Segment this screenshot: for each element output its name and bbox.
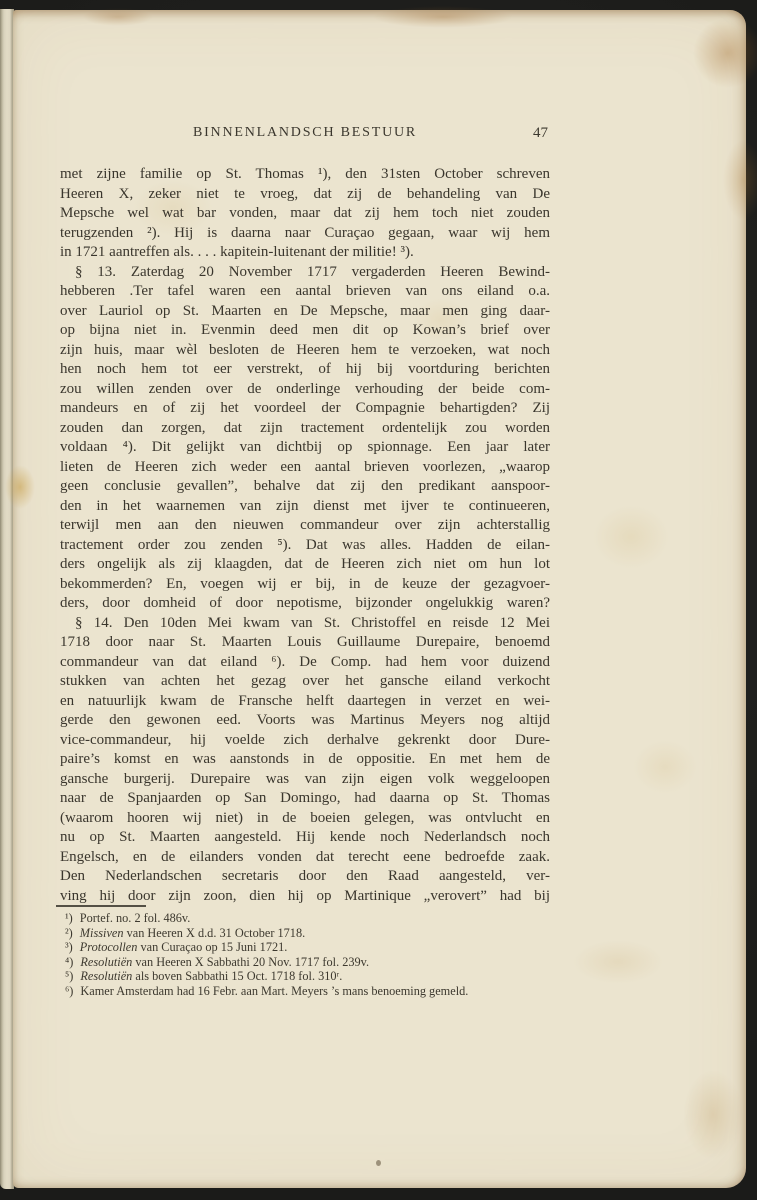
body-text: met zijne familie op St. Thomas ¹), den … bbox=[60, 165, 550, 906]
text-line: over Lauriol op St. Maarten en De Mepsch… bbox=[60, 302, 550, 322]
stain bbox=[723, 140, 757, 220]
text-line: § 14. Den 10den Mei kwam van St. Christo… bbox=[60, 614, 550, 634]
text-line: hen noch hem tot eer verstrekt, of hij b… bbox=[60, 360, 550, 380]
footnote-source-title: Resolutiën bbox=[80, 969, 132, 983]
text-line: paire’s komst en was aanstonds in de opp… bbox=[60, 750, 550, 770]
stain bbox=[683, 1070, 743, 1160]
text-line: ders ongelijk als zij klaagden, dat de H… bbox=[60, 555, 550, 575]
stain bbox=[693, 18, 757, 88]
page-header: BINNENLANDSCH BESTUUR 47 bbox=[60, 125, 550, 145]
text-line: (waarom hooren wij niet) in de boeien ge… bbox=[60, 809, 550, 829]
text-line: op bijna niet in. Evenmin deed men dit o… bbox=[60, 321, 550, 341]
text-line: tractement order zou zenden ⁵). Dat was … bbox=[60, 536, 550, 556]
text-line: in 1721 aantreffen als. . . . kapitein-l… bbox=[60, 243, 550, 263]
stain bbox=[633, 740, 697, 794]
text-line: voldaan ⁴). Dit gelijkt van dichtbij op … bbox=[60, 438, 550, 458]
footnote-source-title: Protocollen bbox=[80, 940, 138, 954]
text-line: zijn huis, maar wèl besloten de Heeren h… bbox=[60, 341, 550, 361]
text-line: Heeren X, zeker niet te vroeg, dat zij d… bbox=[60, 185, 550, 205]
text-line: den in het waarnemen van zijn dienst met… bbox=[60, 497, 550, 517]
text-line: hebberen .Ter tafel waren een aantal bri… bbox=[60, 282, 550, 302]
text-line: geen conclusie gevallen”, behalve dat zi… bbox=[60, 477, 550, 497]
footnote-marker: ³) bbox=[65, 940, 73, 954]
footnote-text: als boven Sabbathi 15 Oct. 1718 fol. 310… bbox=[132, 969, 342, 983]
footnote: ⁴)Resolutiën van Heeren X Sabbathi 20 No… bbox=[60, 955, 556, 970]
footnote: ¹)Portef. no. 2 fol. 486v. bbox=[60, 911, 556, 926]
text-line: 1718 door naar St. Maarten Louis Guillau… bbox=[60, 633, 550, 653]
text-line: terugzenden ²). Hij is daarna naar Curaç… bbox=[60, 224, 550, 244]
footnote-text: van Heeren X d.d. 31 October 1718. bbox=[124, 926, 306, 940]
text-line: Engelsch, en de eilanders vonden dat ter… bbox=[60, 848, 550, 868]
text-line: commandeur van dat eiland ⁶). De Comp. h… bbox=[60, 653, 550, 673]
footnote: ³)Protocollen van Curaçao op 15 Juni 172… bbox=[60, 940, 556, 955]
footnote-source-title: Missiven bbox=[80, 926, 124, 940]
footnote-separator bbox=[56, 905, 146, 907]
page-number: 47 bbox=[533, 125, 548, 142]
text-line: ders, door domheid of door nepotisme, bi… bbox=[60, 594, 550, 614]
speck bbox=[376, 1160, 381, 1166]
text-line: Den Nederlandschen secretaris door den R… bbox=[60, 867, 550, 887]
footnote-text: van Heeren X Sabbathi 20 Nov. 1717 fol. … bbox=[132, 955, 369, 969]
text-line: met zijne familie op St. Thomas ¹), den … bbox=[60, 165, 550, 185]
text-line: vice-commandeur, hij voelde zich derhalv… bbox=[60, 731, 550, 751]
text-line: Mepsche wel wat bar vonden, maar dat zij… bbox=[60, 204, 550, 224]
running-title: BINNENLANDSCH BESTUUR bbox=[60, 125, 550, 141]
footnote-marker: ¹) bbox=[65, 911, 73, 925]
text-line: terwijl men aan den nieuwen commandeur o… bbox=[60, 516, 550, 536]
text-line: en natuurlijk kwam de Fransche helft daa… bbox=[60, 692, 550, 712]
text-line: mandeurs en of zij het voordeel der Comp… bbox=[60, 399, 550, 419]
page-edge-strip bbox=[0, 9, 14, 1189]
stain bbox=[373, 6, 513, 28]
footnote-marker: ²) bbox=[65, 926, 73, 940]
text-line: gerde den gewonen eed. Voorts was Martin… bbox=[60, 711, 550, 731]
text-line: stukken van achten het gezag over het ga… bbox=[60, 672, 550, 692]
text-line: naar de Spanjaarden op San Domingo, had … bbox=[60, 789, 550, 809]
footnote-text: Portef. no. 2 fol. 486v. bbox=[80, 911, 191, 925]
text-line: bekommerden? En, voegen wij er bij, in d… bbox=[60, 575, 550, 595]
text-line: ving hij door zijn zoon, dien hij op Mar… bbox=[60, 887, 550, 907]
book-page: BINNENLANDSCH BESTUUR 47 met zijne famil… bbox=[13, 10, 746, 1188]
text-line: lieten de Heeren zich weder een aantal b… bbox=[60, 458, 550, 478]
footnote-marker: ⁴) bbox=[65, 955, 73, 969]
text-line: zou willen zenden over de onderlinge ver… bbox=[60, 380, 550, 400]
footnote: ⁵)Resolutiën als boven Sabbathi 15 Oct. … bbox=[60, 969, 556, 984]
footnote: ²)Missiven van Heeren X d.d. 31 October … bbox=[60, 926, 556, 941]
footnote-text: Kamer Amsterdam had 16 Febr. aan Mart. M… bbox=[80, 984, 468, 998]
text-line: zouden dan zorgen, dat zijn tractement o… bbox=[60, 419, 550, 439]
footnotes: ¹)Portef. no. 2 fol. 486v. ²)Missiven va… bbox=[60, 911, 556, 998]
stain bbox=[573, 940, 663, 984]
footnote-text: van Curaçao op 15 Juni 1721. bbox=[137, 940, 287, 954]
text-line: § 13. Zaterdag 20 November 1717 vergader… bbox=[60, 263, 550, 283]
footnote-marker: ⁵) bbox=[65, 969, 73, 983]
text-line: nu op St. Maarten aangesteld. Hij kende … bbox=[60, 828, 550, 848]
footnote-marker: ⁶) bbox=[65, 984, 73, 998]
footnote-source-title: Resolutiën bbox=[80, 955, 132, 969]
stain bbox=[83, 8, 153, 26]
text-line: gansche burgerij. Durepaire was van zijn… bbox=[60, 770, 550, 790]
stain bbox=[593, 505, 669, 569]
book-scan: BINNENLANDSCH BESTUUR 47 met zijne famil… bbox=[0, 0, 757, 1200]
footnote: ⁶)Kamer Amsterdam had 16 Febr. aan Mart.… bbox=[60, 984, 556, 999]
